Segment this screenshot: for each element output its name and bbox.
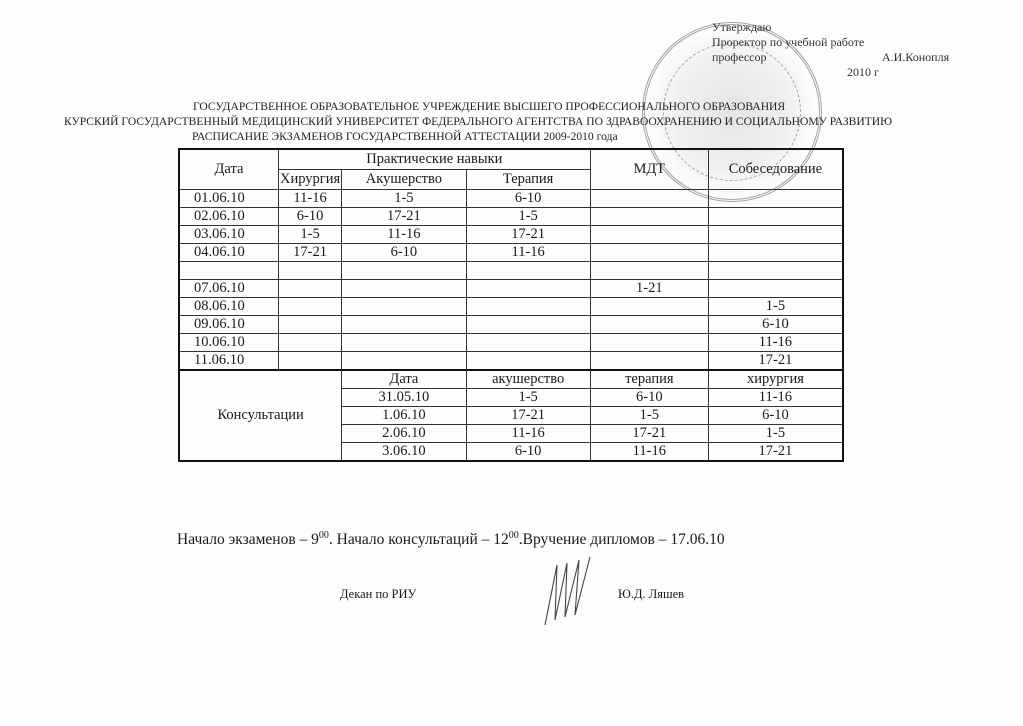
cell-interview: 11-16 [708,334,843,352]
cell-date: 10.06.10 [179,334,278,352]
header-date: Дата [179,149,278,190]
cell-interview: 6-10 [708,316,843,334]
cell-interview [708,226,843,244]
dean-name: Ю.Д. Ляшев [618,587,684,602]
table-row: 04.06.1017-216-1011-16 [179,244,843,262]
cell-therapy [466,316,590,334]
consultation-cell-obstetrics: 17-21 [466,407,590,425]
cell-obstetrics [342,334,466,352]
cell-mdt [590,190,708,208]
signature-scribble-icon [535,555,605,630]
header-interview: Собеседование [708,149,843,190]
cell-interview [708,208,843,226]
cell-date: 02.06.10 [179,208,278,226]
approval-line-1: Утверждаю [712,20,771,35]
cell-surgery: 6-10 [278,208,341,226]
cell-therapy [466,334,590,352]
cell-interview [708,262,843,280]
table-row: 03.06.101-511-1617-21 [179,226,843,244]
consultation-cell-obstetrics: 1-5 [466,389,590,407]
cell-mdt [590,208,708,226]
heading-line-2: КУРСКИЙ ГОСУДАРСТВЕННЫЙ МЕДИЦИНСКИЙ УНИВ… [64,114,892,129]
cell-therapy: 6-10 [466,190,590,208]
consult-start-sup: 00 [509,530,519,541]
cell-obstetrics: 1-5 [342,190,466,208]
consultation-cell-therapy: 6-10 [590,389,708,407]
cell-date: 07.06.10 [179,280,278,298]
header-row-1: Дата Практические навыки МДТ Собеседован… [179,149,843,170]
cell-mdt [590,334,708,352]
cell-surgery: 17-21 [278,244,341,262]
cell-surgery: 11-16 [278,190,341,208]
cell-interview [708,280,843,298]
cell-therapy [466,352,590,371]
cell-therapy [466,280,590,298]
consult-start-label: . Начало консультаций – 12 [329,531,509,548]
exam-start-label: Начало экзаменов – 9 [177,531,319,548]
exam-times-note: Начало экзаменов – 900. Начало консульта… [177,530,725,549]
approval-signer: А.И.Конопля [882,50,949,65]
cell-date [179,262,278,280]
cell-interview: 17-21 [708,352,843,371]
table-row: 09.06.106-10 [179,316,843,334]
cell-obstetrics [342,298,466,316]
cell-surgery [278,280,341,298]
consultation-cell-therapy: 1-5 [590,407,708,425]
cell-therapy [466,298,590,316]
table-row: 02.06.106-1017-211-5 [179,208,843,226]
cell-surgery [278,352,341,371]
consultation-cell-surgery: 11-16 [708,389,843,407]
approval-line-3: профессор [712,50,766,65]
consultation-cell-obstetrics: 6-10 [466,443,590,462]
consultations-label: Консультации [179,370,342,461]
consultations-header-therapy: терапия [590,370,708,389]
exam-schedule-table: Дата Практические навыки МДТ Собеседован… [178,148,844,462]
cell-obstetrics [342,352,466,371]
header-obstetrics: Акушерство [342,170,466,190]
dean-title: Декан по РИУ [340,587,416,602]
header-mdt: МДТ [590,149,708,190]
approval-line-2: Проректор по учебной работе [712,35,864,50]
cell-date: 09.06.10 [179,316,278,334]
cell-therapy [466,262,590,280]
consultation-cell-date: 3.06.10 [342,443,466,462]
consultations-header-obstetrics: акушерство [466,370,590,389]
cell-date: 01.06.10 [179,190,278,208]
cell-date: 11.06.10 [179,352,278,371]
header-practical: Практические навыки [278,149,590,170]
cell-therapy: 11-16 [466,244,590,262]
cell-surgery [278,298,341,316]
heading-line-1: ГОСУДАРСТВЕННОЕ ОБРАЗОВАТЕЛЬНОЕ УЧРЕЖДЕН… [193,99,785,114]
heading-line-3: РАСПИСАНИЕ ЭКЗАМЕНОВ ГОСУДАРСТВЕННОЙ АТТ… [192,129,618,144]
table-row: 08.06.101-5 [179,298,843,316]
consultation-cell-surgery: 17-21 [708,443,843,462]
table-row: 11.06.1017-21 [179,352,843,371]
header-therapy: Терапия [466,170,590,190]
consultation-cell-therapy: 17-21 [590,425,708,443]
cell-obstetrics: 17-21 [342,208,466,226]
cell-therapy: 17-21 [466,226,590,244]
cell-date: 08.06.10 [179,298,278,316]
consultation-cell-surgery: 1-5 [708,425,843,443]
consultation-cell-surgery: 6-10 [708,407,843,425]
cell-obstetrics: 11-16 [342,226,466,244]
cell-interview [708,244,843,262]
cell-mdt: 1-21 [590,280,708,298]
table-row [179,262,843,280]
table-row: 01.06.1011-161-56-10 [179,190,843,208]
cell-interview [708,190,843,208]
cell-date: 04.06.10 [179,244,278,262]
header-surgery: Хирургия [278,170,341,190]
table-row: 07.06.101-21 [179,280,843,298]
cell-surgery [278,262,341,280]
cell-interview: 1-5 [708,298,843,316]
cell-surgery [278,316,341,334]
cell-mdt [590,316,708,334]
table-row: 10.06.1011-16 [179,334,843,352]
approval-year: 2010 г [847,65,879,80]
cell-obstetrics: 6-10 [342,244,466,262]
consultation-cell-date: 31.05.10 [342,389,466,407]
consultation-cell-therapy: 11-16 [590,443,708,462]
consultations-header-surgery: хирургия [708,370,843,389]
cell-obstetrics [342,262,466,280]
cell-mdt [590,262,708,280]
diploma-label: .Вручение дипломов – 17.06.10 [519,531,725,548]
consultation-cell-date: 1.06.10 [342,407,466,425]
consultations-header-date: Дата [342,370,466,389]
cell-obstetrics [342,280,466,298]
cell-mdt [590,352,708,371]
cell-date: 03.06.10 [179,226,278,244]
cell-surgery: 1-5 [278,226,341,244]
cell-mdt [590,226,708,244]
exam-start-sup: 00 [319,530,329,541]
cell-therapy: 1-5 [466,208,590,226]
approval-block: Утверждаю Проректор по учебной работе пр… [712,20,771,35]
cell-obstetrics [342,316,466,334]
cell-mdt [590,244,708,262]
consultation-cell-obstetrics: 11-16 [466,425,590,443]
cell-mdt [590,298,708,316]
consultation-cell-date: 2.06.10 [342,425,466,443]
cell-surgery [278,334,341,352]
consultations-header-row: КонсультацииДатаакушерствотерапияхирурги… [179,370,843,389]
